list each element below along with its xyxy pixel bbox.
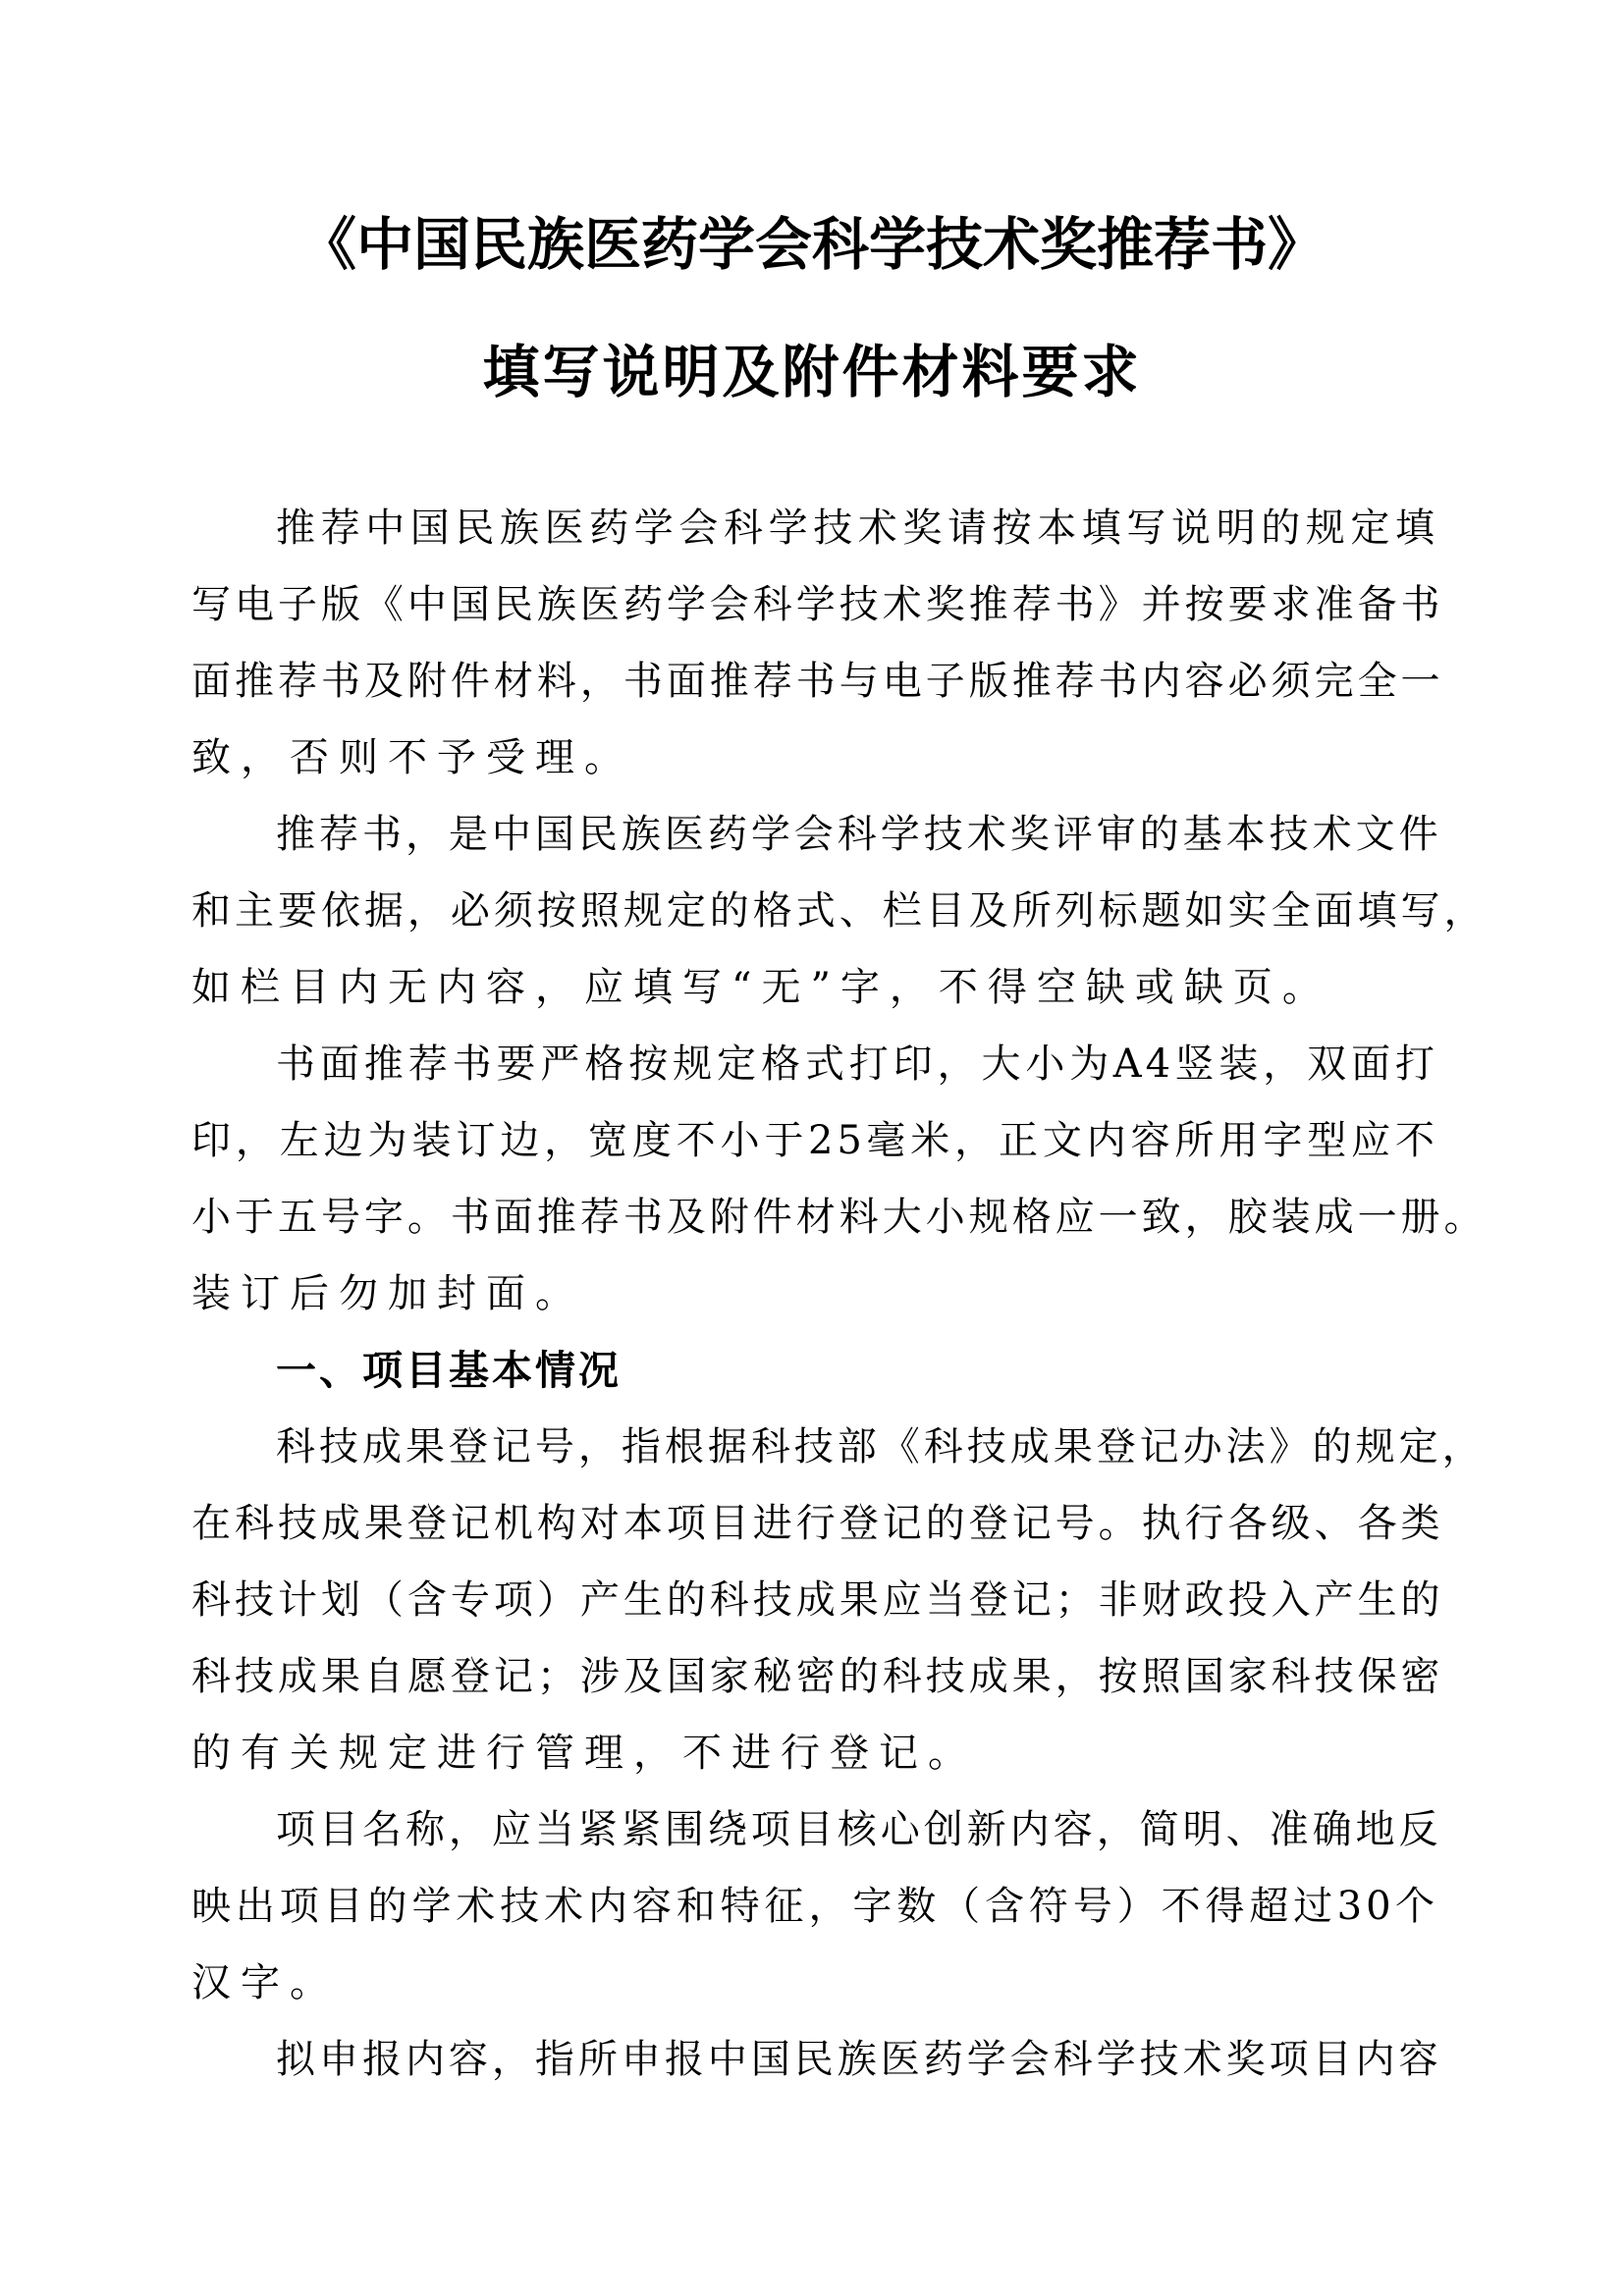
paragraph-recommendation-definition: 推 荐 书 ， 是 中 国 民 族 医 药 学 会 科 学 技 术 奖 评 审 …	[191, 796, 1435, 1026]
paragraph-line: 印 ， 左 边 为 装 订 边 ， 宽 度 不 小 于 2 5 毫 米 ， 正 …	[191, 1102, 1435, 1179]
paragraph-intro: 推 荐 中 国 民 族 医 药 学 会 科 学 技 术 奖 请 按 本 填 写 …	[191, 490, 1435, 796]
document-title-line-2: 填写说明及附件材料要求	[0, 308, 1624, 436]
paragraph-line: 写 电 子 版 《 中 国 民 族 医 药 学 会 科 学 技 术 奖 推 荐 …	[191, 566, 1435, 643]
paragraph-line: 小 于 五 号 字 。 书 面 推 荐 书 及 附 件 材 料 大 小 规 格 …	[191, 1179, 1435, 1255]
paragraph-line: 和 主 要 依 据 ， 必 须 按 照 规 定 的 格 式 、 栏 目 及 所 …	[191, 873, 1435, 949]
paragraph-line: 推 荐 书 ， 是 中 国 民 族 医 药 学 会 科 学 技 术 奖 评 审 …	[191, 796, 1435, 873]
paragraph-line: 的有关规定进行管理，不进行登记。	[191, 1715, 1435, 1791]
paragraph-line: 书 面 推 荐 书 要 严 格 按 规 定 格 式 打 印 ， 大 小 为 A …	[191, 1026, 1435, 1102]
section-heading: 一、项目基本情况	[191, 1332, 1435, 1409]
paragraph-project-name: 项 目 名 称 ， 应 当 紧 紧 围 绕 项 目 核 心 创 新 内 容 ， …	[191, 1791, 1435, 2021]
paragraph-application-content: 拟 申 报 内 容 ， 指 所 申 报 中 国 民 族 医 药 学 会 科 学 …	[191, 2021, 1435, 2098]
paragraph-registration-number: 科 技 成 果 登 记 号 ， 指 根 据 科 技 部 《 科 技 成 果 登 …	[191, 1409, 1435, 1791]
paragraph-line: 科 技 成 果 登 记 号 ， 指 根 据 科 技 部 《 科 技 成 果 登 …	[191, 1409, 1435, 1485]
document-body: 推 荐 中 国 民 族 医 药 学 会 科 学 技 术 奖 请 按 本 填 写 …	[191, 490, 1435, 2098]
paragraph-line: 科 技 计 划 （ 含 专 项 ） 产 生 的 科 技 成 果 应 当 登 记 …	[191, 1562, 1435, 1638]
paragraph-line: 推 荐 中 国 民 族 医 药 学 会 科 学 技 术 奖 请 按 本 填 写 …	[191, 490, 1435, 566]
paragraph-print-requirements: 书 面 推 荐 书 要 严 格 按 规 定 格 式 打 印 ， 大 小 为 A …	[191, 1026, 1435, 1332]
paragraph-line: 汉字。	[191, 1945, 1435, 2021]
paragraph-line: 致，否则不予受理。	[191, 720, 1435, 796]
paragraph-line: 科 技 成 果 自 愿 登 记 ； 涉 及 国 家 秘 密 的 科 技 成 果 …	[191, 1638, 1435, 1715]
paragraph-line: 拟 申 报 内 容 ， 指 所 申 报 中 国 民 族 医 药 学 会 科 学 …	[191, 2021, 1435, 2098]
document-title-line-1: 《中国民族医药学会科学技术奖推荐书》	[0, 181, 1624, 308]
paragraph-line: 如栏目内无内容，应填写“无”字，不得空缺或缺页。	[191, 949, 1435, 1026]
paragraph-line: 映 出 项 目 的 学 术 技 术 内 容 和 特 征 ， 字 数 （ 含 符 …	[191, 1868, 1435, 1945]
paragraph-line: 项 目 名 称 ， 应 当 紧 紧 围 绕 项 目 核 心 创 新 内 容 ， …	[191, 1791, 1435, 1868]
paragraph-line: 在 科 技 成 果 登 记 机 构 对 本 项 目 进 行 登 记 的 登 记 …	[191, 1485, 1435, 1562]
document-page: 《中国民族医药学会科学技术奖推荐书》 填写说明及附件材料要求 推 荐 中 国 民…	[0, 0, 1624, 2296]
paragraph-line: 装订后勿加封面。	[191, 1255, 1435, 1332]
paragraph-line: 面 推 荐 书 及 附 件 材 料 ， 书 面 推 荐 书 与 电 子 版 推 …	[191, 643, 1435, 720]
